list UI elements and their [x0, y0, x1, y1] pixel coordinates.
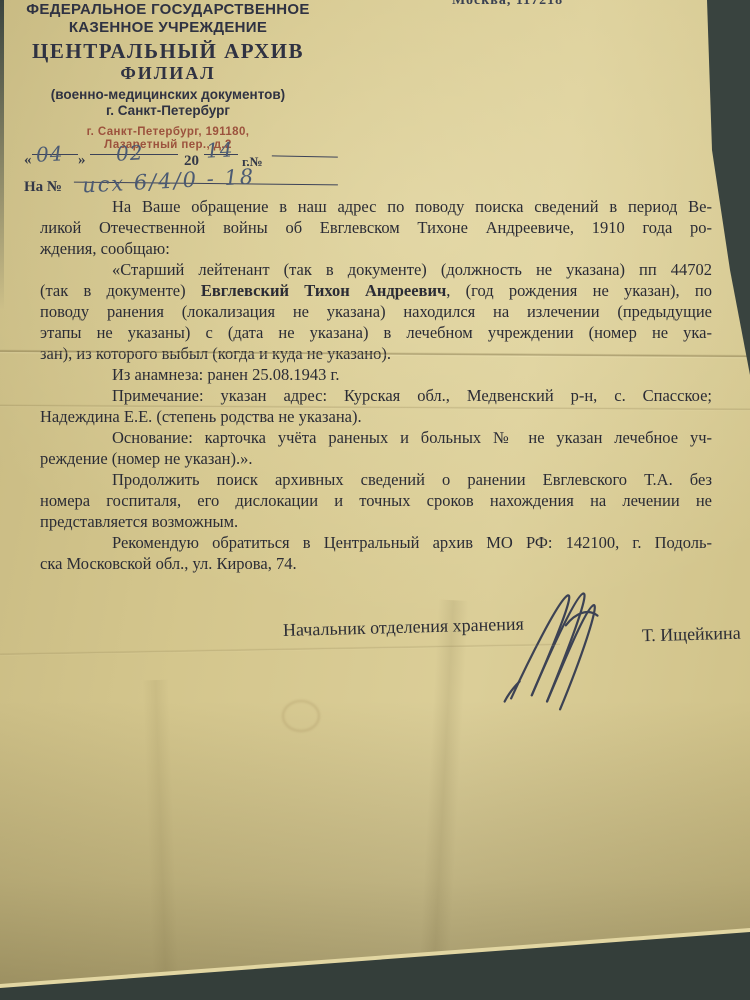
body-line: «Старший лейтенант (так в документе) (до… — [40, 259, 712, 280]
body-line: На Ваше обращение в наш адрес по поводу … — [40, 196, 712, 217]
body-line: номера госпиталя, его дислокации и точны… — [40, 490, 712, 511]
handwritten-year: 14 — [205, 137, 234, 162]
org-name-line-2: КАЗЕННОЕ УЧРЕЖДЕНИЕ — [20, 19, 316, 37]
paper-crease-vertical — [418, 599, 469, 1000]
signer-name: Т. Ищейкина — [642, 623, 741, 647]
body-line: зан), из которого выбыл (когда и куда не… — [40, 343, 712, 364]
signature-scribble-icon — [496, 574, 613, 717]
corner-address-fragment: Москва, 117218 — [452, 0, 563, 9]
signer-title: Начальник отделения хранения — [283, 614, 524, 641]
paper-crease-vertical — [142, 680, 179, 1000]
backdrop-left-edge — [0, 0, 4, 310]
org-name-line-3: ЦЕНТРАЛЬНЫЙ АРХИВ — [20, 39, 316, 63]
paper-stain-ring — [282, 700, 320, 732]
backdrop-bottom-edge — [0, 920, 750, 1000]
body-line: реждение (номер не указан).». — [40, 448, 712, 469]
body-text-segment: , (год рождения не указан), по — [446, 281, 712, 300]
org-name-line-1: ФЕДЕРАЛЬНОЕ ГОСУДАРСТВЕННОЕ — [20, 1, 316, 19]
org-description: (военно-медицинских документов) — [20, 87, 316, 103]
body-line: (так в документе) Евглевский Тихон Андре… — [40, 280, 712, 301]
photographed-letter: Москва, 117218 ФЕДЕРАЛЬНОЕ ГОСУДАРСТВЕНН… — [0, 0, 750, 1000]
handwritten-day: 04 — [35, 141, 64, 166]
body-line: ска Московской обл., ул. Кирова, 74. — [40, 553, 712, 574]
reply-to-label: На № — [24, 179, 62, 196]
body-text-segment: (так в документе) — [40, 281, 201, 300]
body-line: ждения, сообщаю: — [40, 238, 712, 259]
body-line: представляется возможным. — [40, 511, 712, 532]
org-city: г. Санкт-Петербург — [20, 103, 316, 119]
doc-number-blank-line — [272, 135, 338, 157]
body-line: Надеждина Е.Е. (степень родства не указа… — [40, 406, 712, 427]
body-line: Продолжить поиск архивных сведений о ран… — [40, 469, 712, 490]
paper-crease-horizontal — [0, 643, 560, 656]
open-quote: « — [24, 152, 32, 169]
person-name-bold: Евглевский Тихон Андреевич — [201, 281, 446, 300]
body-line: поводу ранения (локализация не указана) … — [40, 301, 712, 322]
letter-body: На Ваше обращение в наш адрес по поводу … — [40, 196, 712, 574]
body-line: этапы не указаны) с (дата не указана) в … — [40, 322, 712, 343]
body-line: Рекомендую обратиться в Центральный архи… — [40, 532, 712, 553]
body-line: ликой Отечественной войны об Евглевском … — [40, 217, 712, 238]
org-name-line-4: ФИЛИАЛ — [20, 63, 316, 84]
body-line: Из анамнеза: ранен 25.08.1943 г. — [40, 364, 712, 385]
body-line: Основание: карточка учёта раненых и боль… — [40, 427, 712, 448]
letterhead-block: ФЕДЕРАЛЬНОЕ ГОСУДАРСТВЕННОЕ КАЗЕННОЕ УЧР… — [20, 1, 316, 152]
body-line: Примечание: указан адрес: Курская обл., … — [40, 385, 712, 406]
